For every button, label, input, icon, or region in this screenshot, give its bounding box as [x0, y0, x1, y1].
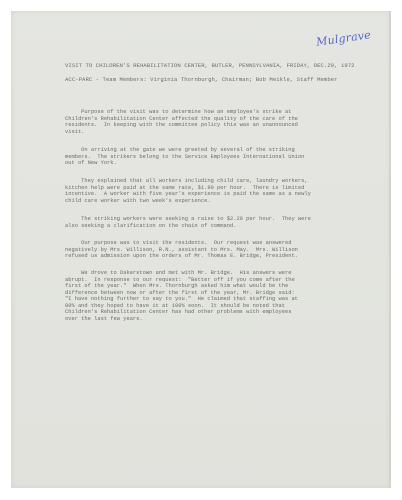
text-line: The striking workers were seeking a rais…: [65, 216, 311, 223]
team-members-line: ACC-PARC - Team Members: Virginia Thornb…: [65, 77, 338, 84]
text-line: out of New York.: [65, 160, 304, 167]
text-line: We drove to Dakerstown and met with Mr. …: [65, 270, 298, 277]
text-line: "I have nothing further to say to you." …: [65, 296, 298, 303]
paragraph-demands: The striking workers were seeking a rais…: [65, 216, 311, 229]
page-edge: [389, 11, 391, 488]
paragraph-request: Our purpose was to visit the residents. …: [65, 240, 298, 260]
text-line: incentive. A worker with five year's exp…: [65, 191, 311, 198]
paragraph-wages: They explained that all workers includin…: [65, 178, 311, 204]
document-title: VISIT TO CHILDREN'S REHABILITATION CENTE…: [65, 63, 355, 70]
text-line: over the last few years.: [65, 316, 298, 323]
text-line: first of the year." When Mrs. Thornburgh…: [65, 283, 298, 290]
text-line: residents. In keeping with the committee…: [65, 122, 298, 129]
text-line: also seeking a clarification on the chai…: [65, 223, 311, 230]
paragraph-meeting: We drove to Dakerstown and met with Mr. …: [65, 270, 298, 322]
document-page: Mulgrave VISIT TO CHILDREN'S REHABILITAT…: [11, 11, 391, 488]
paragraph-arrival: On arriving at the gate we were greeted …: [65, 147, 304, 167]
text-line: child care worker with two week's experi…: [65, 198, 311, 205]
text-line: On arriving at the gate we were greeted …: [65, 147, 304, 154]
text-line: refused us admission upon the orders of …: [65, 253, 298, 260]
text-line: They explained that all workers includin…: [65, 178, 311, 185]
text-line: Our purpose was to visit the residents. …: [65, 240, 298, 247]
text-line: visit.: [65, 129, 298, 136]
paragraph-purpose: Purpose of the visit was to determine ho…: [65, 109, 298, 135]
text-line: Children's Rehabilitation Center has had…: [65, 309, 298, 316]
handwritten-annotation: Mulgrave: [315, 28, 371, 49]
text-line: Purpose of the visit was to determine ho…: [65, 109, 298, 116]
